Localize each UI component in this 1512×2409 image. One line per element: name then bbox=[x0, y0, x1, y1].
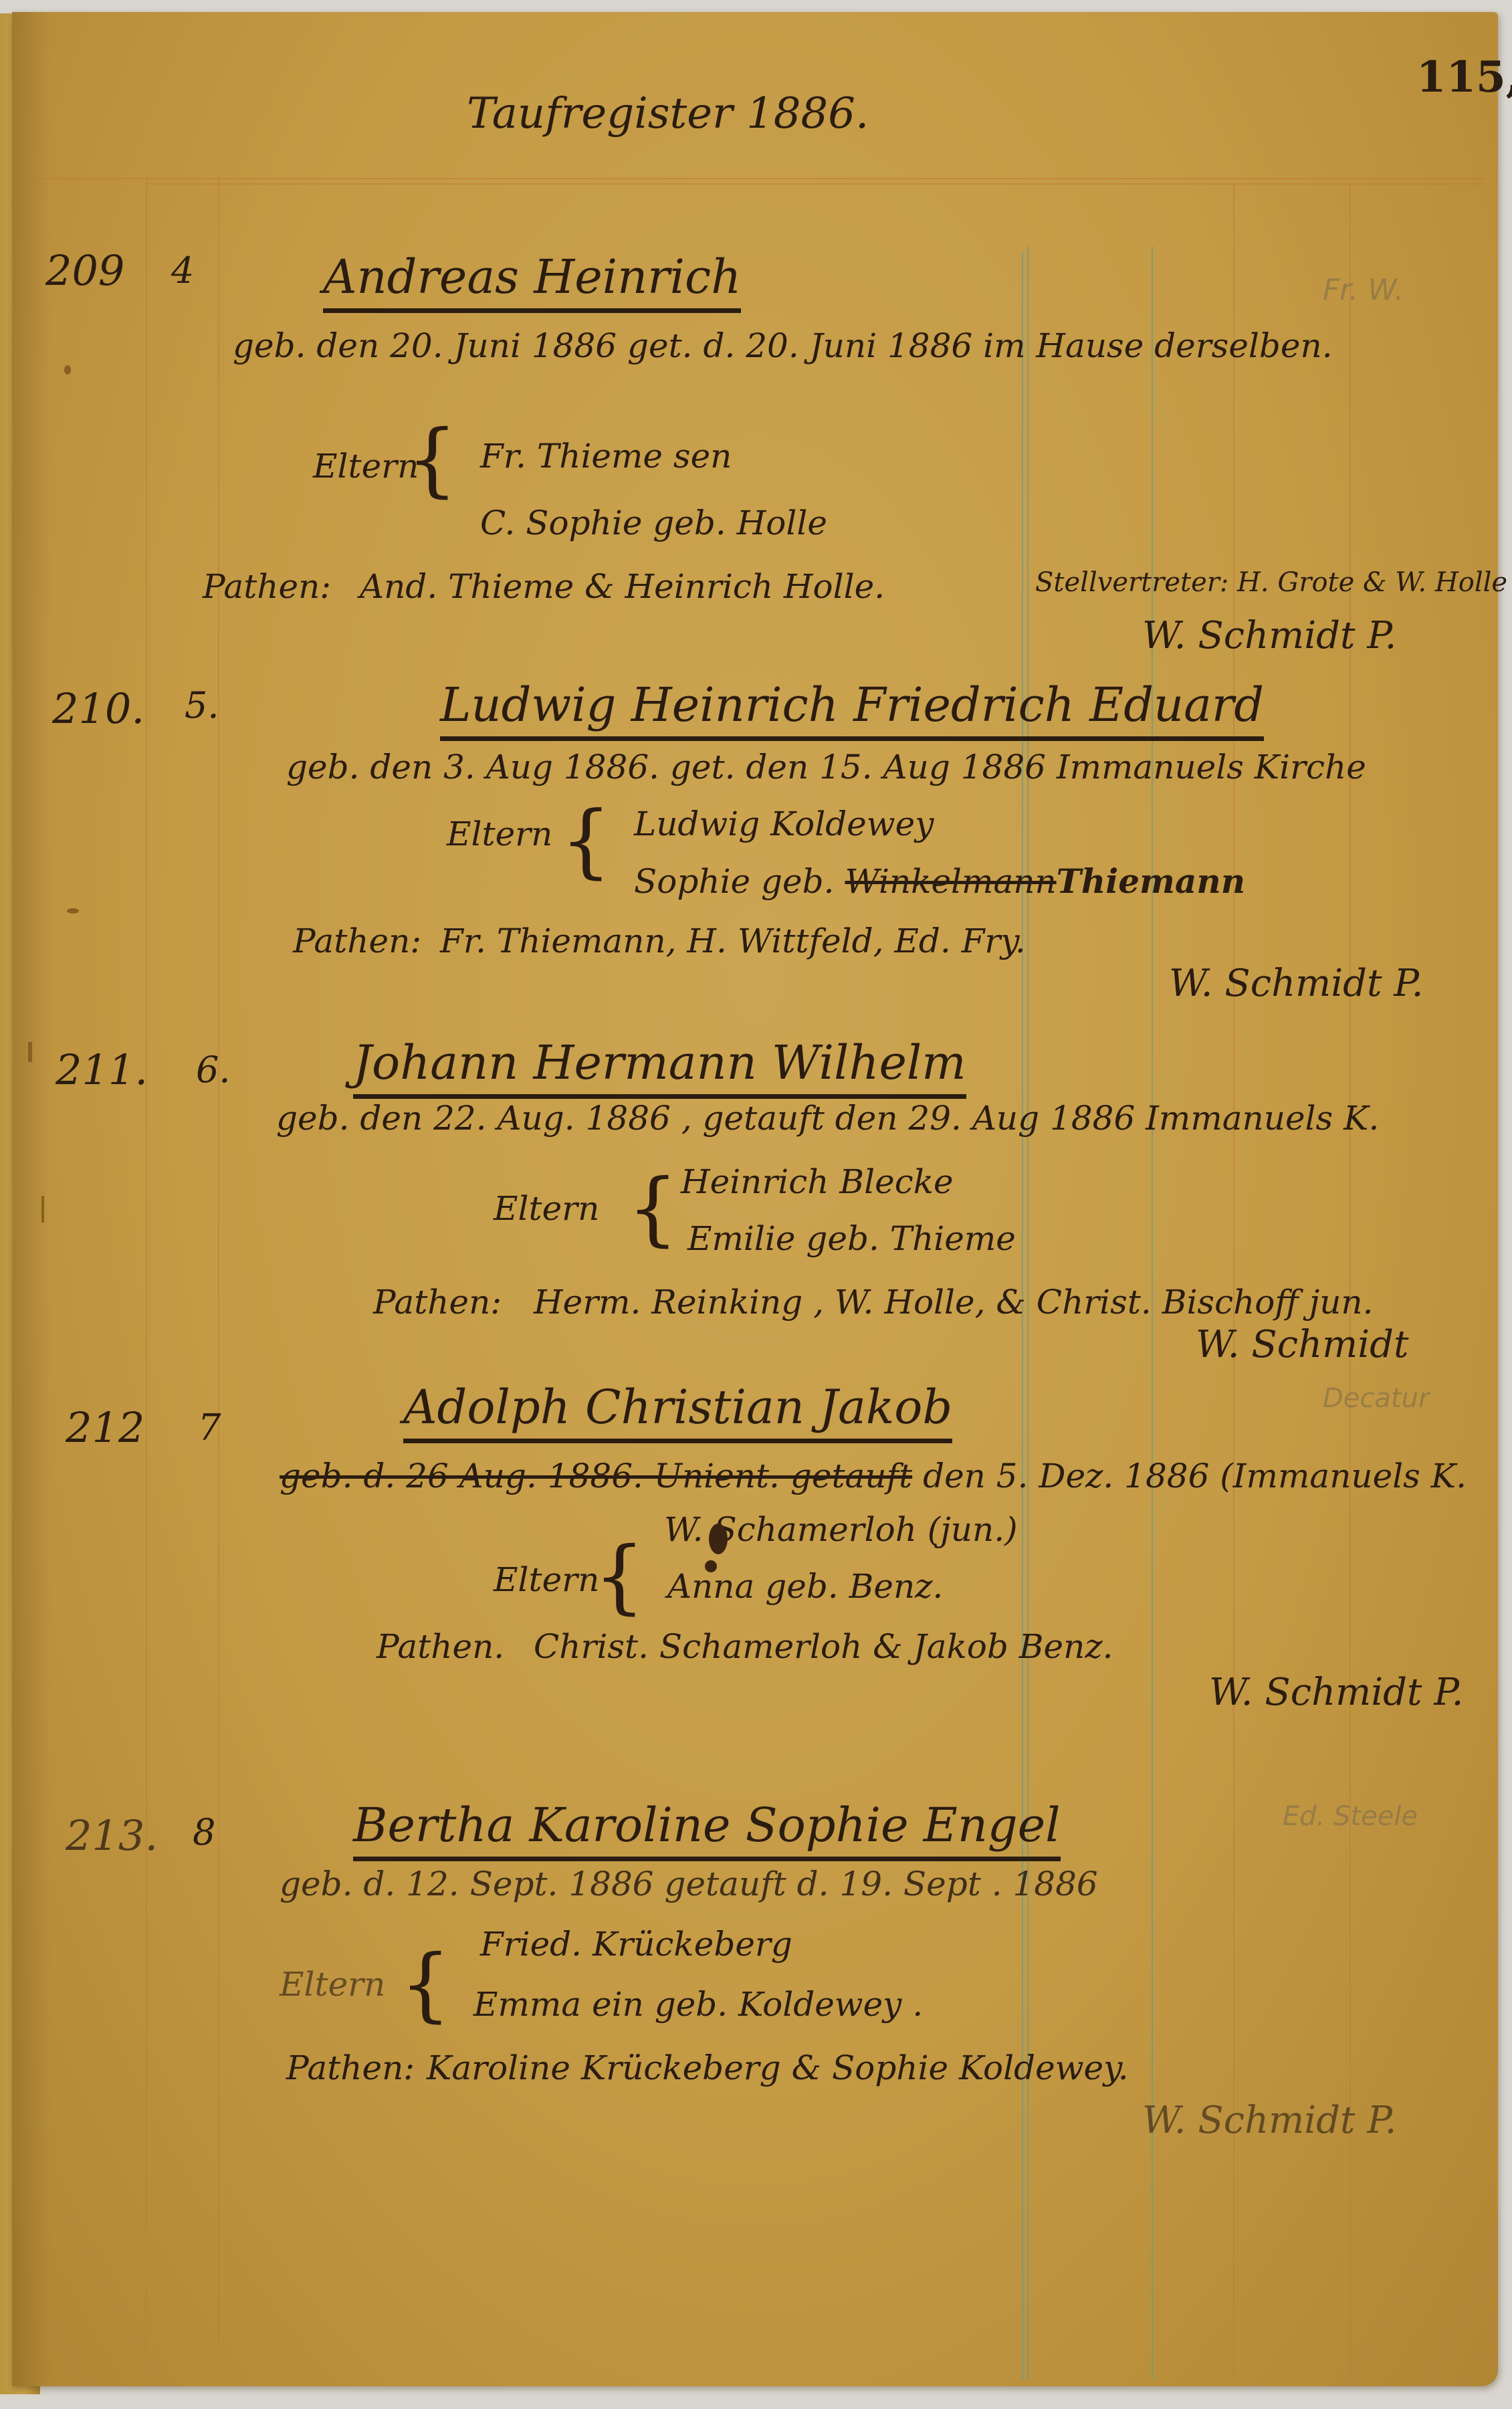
parents-brace-icon: { bbox=[594, 1530, 645, 1623]
birth-baptism-line: geb. den 3. Aug 1886. get. den 15. Aug 1… bbox=[286, 748, 1366, 787]
binding-shadow bbox=[12, 12, 51, 2386]
parents-label: Eltern bbox=[494, 1560, 599, 1599]
sequence-number: 7 bbox=[198, 1406, 221, 1449]
entry-number: 211. bbox=[56, 1045, 148, 1094]
mother-name-prefix: Sophie geb. bbox=[634, 862, 835, 901]
margin-note: Ed. Steele bbox=[1283, 1801, 1418, 1832]
ink-blot bbox=[709, 1524, 728, 1554]
pastor-signature: W. Schmidt P. bbox=[1142, 614, 1396, 657]
godparents: Fr. Thiemann, H. Wittfeld, Ed. Fry. bbox=[440, 922, 1026, 960]
ink-blot-small bbox=[705, 1560, 717, 1572]
birth-baptism-line: geb. den 22. Aug. 1886 , getauft den 29.… bbox=[276, 1099, 1379, 1138]
entry-number: 210. bbox=[52, 684, 144, 733]
mother-name-correction: Thiemann bbox=[1057, 861, 1245, 901]
birth-baptism-line: geb. d. 26 Aug. 1886. Unient. getauft de… bbox=[280, 1457, 1467, 1495]
birth-baptism-struck: geb. d. 26 Aug. 1886. Unient. getauft bbox=[280, 1457, 912, 1495]
child-name: Andreas Heinrich bbox=[323, 249, 741, 313]
mother-name: Anna geb. Benz. bbox=[667, 1567, 943, 1606]
mother-name: Emilie geb. Thieme bbox=[687, 1219, 1016, 1258]
birth-baptism-line: geb. den 20. Juni 1886 get. d. 20. Juni … bbox=[233, 326, 1333, 365]
parents-label: Eltern bbox=[280, 1965, 385, 2004]
sequence-number: 5. bbox=[185, 684, 219, 726]
column-rule-entry bbox=[146, 179, 147, 2380]
column-rule-red-2 bbox=[1349, 183, 1351, 2380]
parents-brace-icon: { bbox=[560, 795, 611, 887]
child-name: Bertha Karoline Sophie Engel bbox=[353, 1798, 1061, 1861]
pastor-signature: W. Schmidt P. bbox=[1169, 962, 1423, 1005]
proxy-godparents: Stellvertreter: H. Grote & W. Holle bbox=[1035, 567, 1507, 598]
register-page: Taufregister 1886. 115, 209 4 Andreas He… bbox=[12, 12, 1498, 2386]
godparents-label: Pathen: bbox=[286, 2049, 415, 2087]
header-rule bbox=[25, 178, 1483, 179]
parents-brace-icon: { bbox=[627, 1162, 678, 1255]
margin-note: Fr. W. bbox=[1323, 273, 1404, 307]
mother-name: Sophie geb. WinkelmannThiemann bbox=[634, 861, 1245, 901]
sequence-number: 8 bbox=[193, 1811, 215, 1853]
father-name: Heinrich Blecke bbox=[681, 1162, 954, 1201]
header-rule-2 bbox=[146, 183, 1483, 185]
parents-label: Eltern bbox=[313, 447, 419, 486]
entry-number: 212 bbox=[66, 1403, 144, 1452]
mother-name: Emma ein geb. Koldewey . bbox=[473, 1985, 923, 2024]
child-name: Ludwig Heinrich Friedrich Eduard bbox=[440, 677, 1264, 741]
pastor-signature: W. Schmidt P. bbox=[1209, 1671, 1463, 1714]
parents-label: Eltern bbox=[447, 815, 552, 853]
birth-baptism-line: geb. d. 12. Sept. 1886 getauft d. 19. Se… bbox=[280, 1865, 1098, 1903]
child-name: Adolph Christian Jakob bbox=[403, 1380, 952, 1443]
godparents: And. Thieme & Heinrich Holle. bbox=[360, 567, 885, 606]
sequence-number: 4 bbox=[171, 249, 194, 292]
godparents-label: Pathen: bbox=[373, 1283, 502, 1322]
father-name: Fr. Thieme sen bbox=[480, 437, 732, 476]
parents-brace-icon: { bbox=[407, 413, 457, 506]
birth-baptism-date: den 5. Dez. 1886 (Immanuels K. bbox=[923, 1457, 1467, 1495]
father-name: Fried. Krückeberg bbox=[480, 1925, 792, 1964]
entry-number: 213. bbox=[66, 1811, 158, 1860]
godparents-label: Pathen. bbox=[376, 1627, 504, 1666]
column-rule-seq bbox=[218, 179, 219, 2380]
binding-tear bbox=[28, 1042, 32, 1062]
godparents-label: Pathen: bbox=[203, 567, 331, 606]
godparents-label: Pathen: bbox=[293, 922, 421, 960]
godparents: Herm. Reinking , W. Holle, & Christ. Bis… bbox=[534, 1283, 1374, 1322]
parents-label: Eltern bbox=[494, 1189, 599, 1228]
margin-note: Decatur bbox=[1323, 1383, 1429, 1414]
child-name: Johann Hermann Wilhelm bbox=[353, 1035, 966, 1099]
binding-tear bbox=[64, 365, 71, 375]
pastor-signature: W. Schmidt P. bbox=[1142, 2099, 1396, 2142]
mother-name: C. Sophie geb. Holle bbox=[480, 504, 827, 542]
godparents: Karoline Krückeberg & Sophie Koldewey. bbox=[427, 2049, 1129, 2087]
mother-name-struck: Winkelmann bbox=[845, 862, 1056, 901]
father-name: Ludwig Koldewey bbox=[634, 805, 934, 843]
parents-brace-icon: { bbox=[400, 1938, 451, 2031]
entry-number: 209 bbox=[45, 246, 124, 295]
register-title: Taufregister 1886. bbox=[467, 89, 869, 138]
column-rule-red-1 bbox=[1233, 183, 1234, 2380]
page-number: 115, bbox=[1416, 52, 1512, 102]
godparents: Christ. Schamerloh & Jakob Benz. bbox=[534, 1627, 1113, 1666]
sequence-number: 6. bbox=[196, 1049, 231, 1091]
binding-tear bbox=[41, 1196, 44, 1223]
binding-tear bbox=[67, 908, 79, 914]
pastor-signature: W. Schmidt bbox=[1196, 1323, 1409, 1366]
